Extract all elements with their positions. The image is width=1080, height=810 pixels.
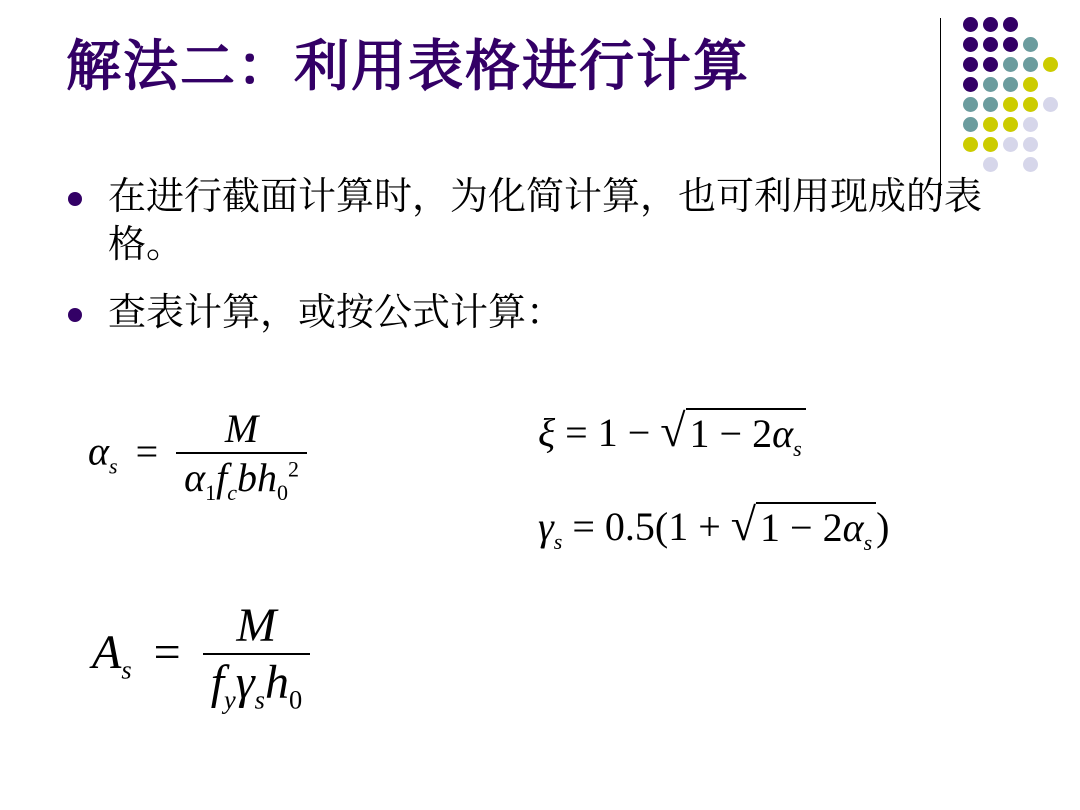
decorative-dot (963, 77, 978, 92)
decorative-dot (1003, 97, 1018, 112)
decorative-dot (963, 117, 978, 132)
decorative-dot (1003, 117, 1018, 132)
decorative-dot (963, 37, 978, 52)
bullet-item: 在进行截面计算时，为化简计算，也可利用现成的表格。 (66, 172, 1026, 268)
decorative-dot (1003, 77, 1018, 92)
decorative-dot (983, 137, 998, 152)
decorative-dot (983, 117, 998, 132)
decorative-dot (1003, 17, 1018, 32)
decorative-dot (983, 57, 998, 72)
decorative-dot (963, 17, 978, 32)
bullet-dot-icon (68, 308, 82, 322)
formula-alpha-s: αs = M α1fcbh02 (88, 405, 307, 506)
decorative-dot (1023, 57, 1038, 72)
slide-title: 解法二：利用表格进行计算 (66, 22, 750, 101)
bullet-list: 在进行截面计算时，为化简计算，也可利用现成的表格。 查表计算，或按公式计算： (66, 172, 1026, 356)
decorative-dot (1023, 77, 1038, 92)
decorative-dot (1043, 57, 1058, 72)
decorative-dot (1023, 157, 1038, 172)
bullet-text: 查表计算，或按公式计算： (108, 290, 564, 334)
decorative-dot (1043, 97, 1058, 112)
square-root: √1 − 2αs (660, 408, 805, 462)
decorative-dot (983, 157, 998, 172)
formula-A-s: As = M fyγsh0 (92, 598, 310, 716)
decorative-dot (1023, 97, 1038, 112)
decorative-dot (1023, 117, 1038, 132)
decorative-dot (963, 97, 978, 112)
decorative-dot (963, 57, 978, 72)
bullet-item: 查表计算，或按公式计算： (66, 288, 1026, 336)
square-root: √1 − 2αs (731, 502, 876, 556)
decorative-dot (1003, 137, 1018, 152)
fraction: M α1fcbh02 (176, 405, 307, 506)
formula-xi: ξ = 1 − √1 − 2αs (538, 408, 806, 462)
fraction: M fyγsh0 (203, 598, 310, 716)
decorative-dot (963, 137, 978, 152)
decorative-dot (983, 77, 998, 92)
decorative-dot (983, 97, 998, 112)
decorative-dot (1003, 37, 1018, 52)
bullet-dot-icon (68, 192, 82, 206)
decorative-dot (1023, 137, 1038, 152)
decorative-dot (983, 17, 998, 32)
bullet-text: 在进行截面计算时，为化简计算，也可利用现成的表格。 (108, 174, 982, 266)
decorative-dot (1003, 57, 1018, 72)
formula-gamma-s: γs = 0.5(1 + √1 − 2αs ) (538, 502, 889, 556)
decorative-dot (983, 37, 998, 52)
decorative-dot (1023, 37, 1038, 52)
decorative-divider-line (940, 18, 941, 196)
